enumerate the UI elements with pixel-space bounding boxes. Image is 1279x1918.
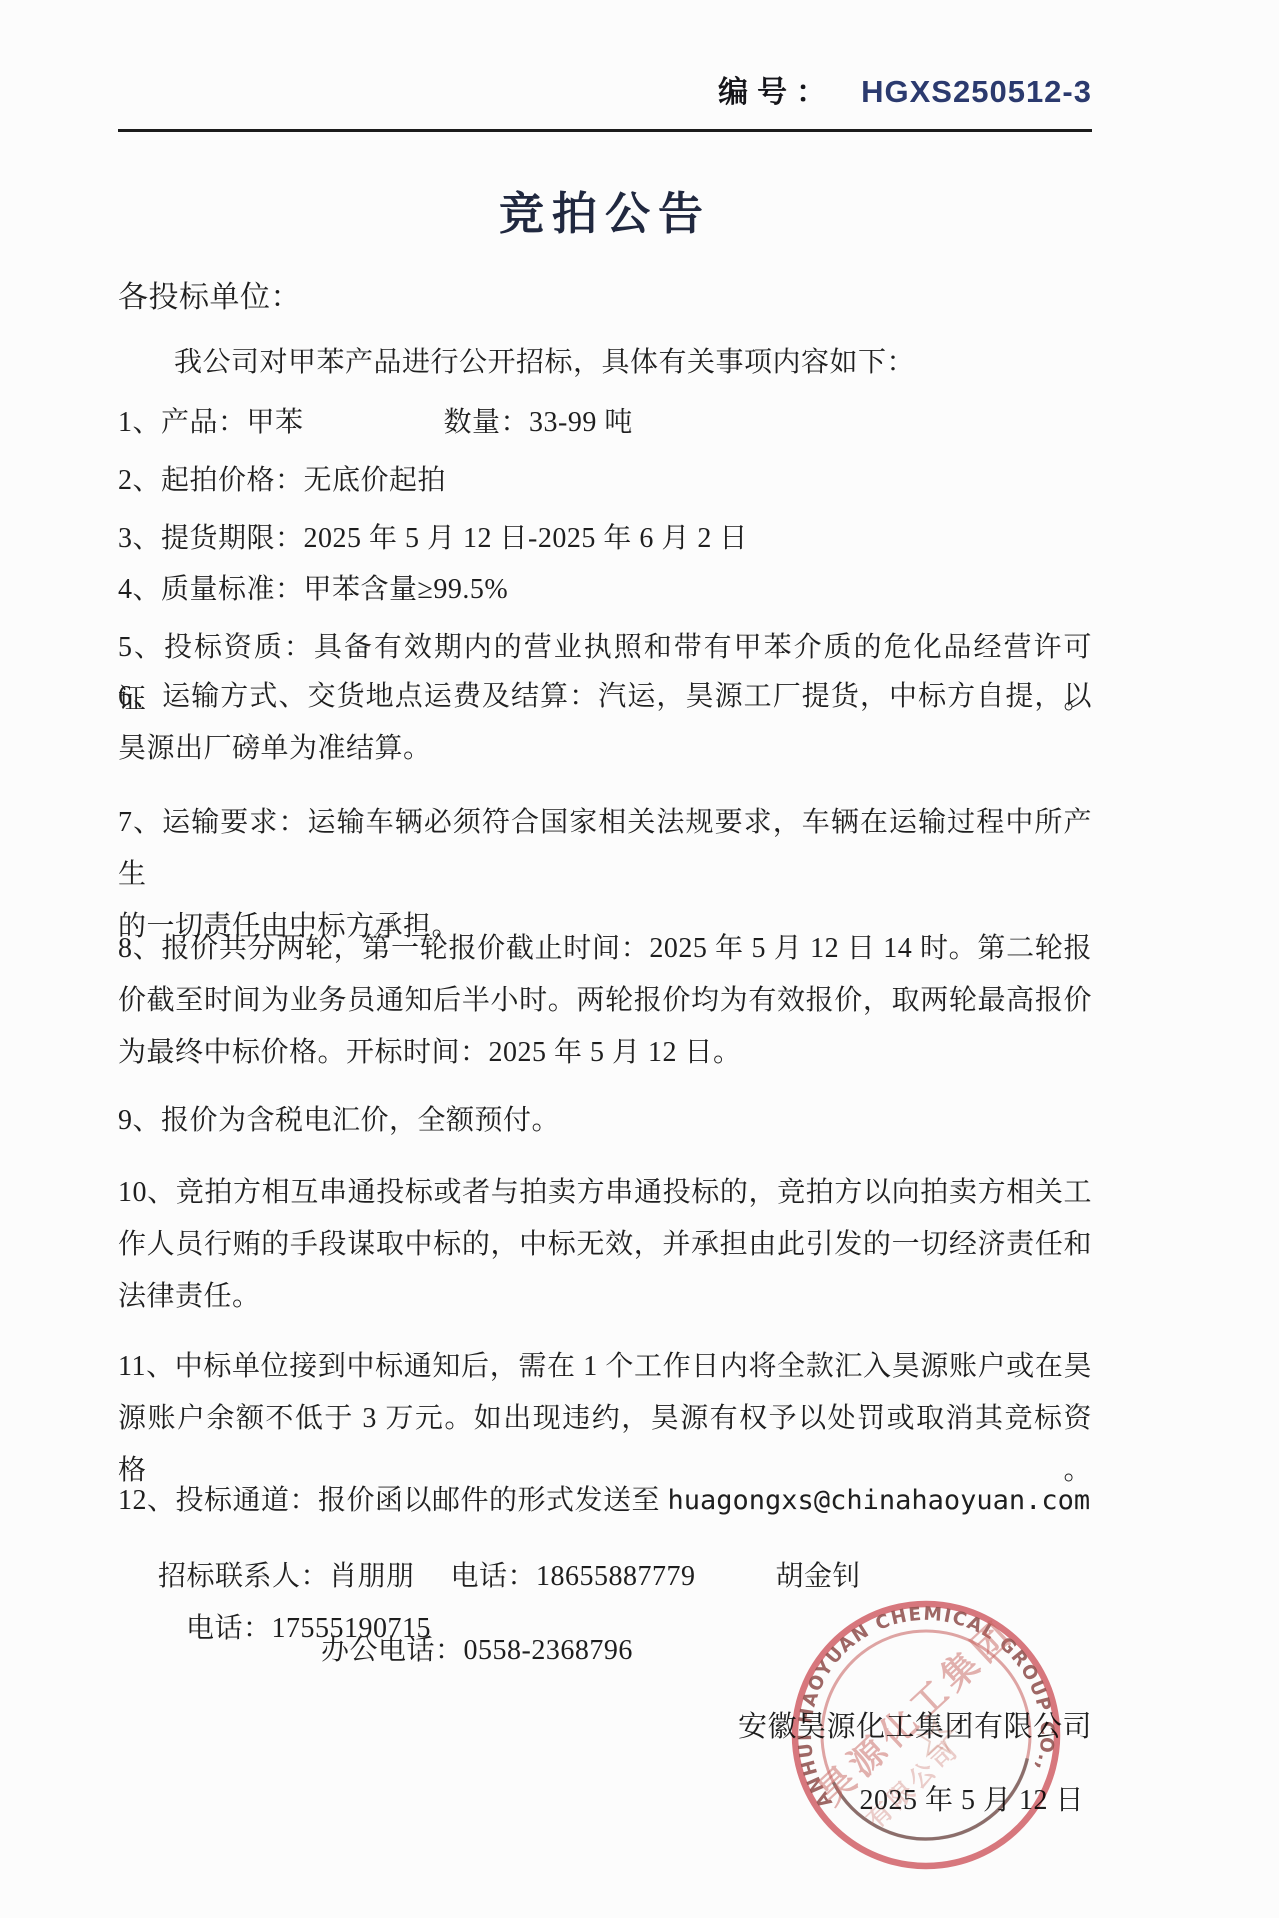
doc-number-value: HGXS250512-3 <box>861 70 1092 114</box>
item-line: 7、运输要求：运输车辆必须符合国家相关法规要求，车辆在运输过程中所产生 <box>118 797 1092 901</box>
contact-name-2: 胡金钊 <box>776 1551 862 1603</box>
item-12-text: 12、投标通道：报价函以邮件的形式发送至 <box>118 1485 668 1516</box>
doc-number-label: 编号： <box>718 76 835 109</box>
item-line: 8、报价共分两轮，第一轮报价截止时间：2025 年 5 月 12 日 14 时。… <box>118 923 1092 975</box>
item-line: 3、提货期限：2025 年 5 月 12 日-2025 年 6 月 2 日 <box>118 513 1092 565</box>
page-title: 竞拍公告 <box>118 183 1092 245</box>
item-line: 9、报价为含税电汇价，全额预付。 <box>118 1095 1092 1147</box>
contact-phone-1: 电话：18655887779 <box>451 1551 696 1603</box>
header-rule <box>118 129 1092 132</box>
company-seal-stamp: ANHUI HAOYUAN CHEMICAL GROUP CO., LTD. 昊… <box>768 1577 1084 1893</box>
list-item-8: 8、报价共分两轮，第一轮报价截止时间：2025 年 5 月 12 日 14 时。… <box>118 923 1092 1079</box>
list-item-9: 9、报价为含税电汇价，全额预付。 <box>118 1095 1092 1147</box>
item-1-quantity: 数量：33-99 吨 <box>444 397 633 449</box>
list-item-2: 2、起拍价格：无底价起拍 <box>118 455 1092 507</box>
salutation: 各投标单位： <box>118 272 1092 324</box>
item-line: 作人员行贿的手段谋取中标的，中标无效，并承担由此引发的一切经济责任和 <box>118 1219 1092 1271</box>
list-item-10: 10、竞拍方相互串通投标或者与拍卖方串通投标的，竞拍方以向拍卖方相关工 作人员行… <box>118 1167 1092 1323</box>
item-line: 4、质量标准：甲苯含量≥99.5% <box>118 564 1092 616</box>
list-item-1: 1、产品：甲苯数量：33-99 吨 <box>118 397 1092 449</box>
item-line: 11、中标单位接到中标通知后，需在 1 个工作日内将全款汇入昊源账户或在昊 <box>118 1341 1092 1393</box>
list-item-3: 3、提货期限：2025 年 5 月 12 日-2025 年 6 月 2 日 <box>118 513 1092 565</box>
item-line: 6、运输方式、交货地点运费及结算：汽运，昊源工厂提货，中标方自提，以 <box>118 671 1092 723</box>
list-item-6: 6、运输方式、交货地点运费及结算：汽运，昊源工厂提货，中标方自提，以 昊源出厂磅… <box>118 671 1092 775</box>
bid-email-address: huagongxs@chinahaoyuan.com <box>668 1485 1091 1516</box>
scanned-document-page: 编号：HGXS250512-3 竞拍公告 各投标单位： 我公司对甲苯产品进行公开… <box>0 0 1279 1918</box>
item-line: 昊源出厂磅单为准结算。 <box>118 723 1092 775</box>
item-line: 2、起拍价格：无底价起拍 <box>118 455 1092 507</box>
item-line: 10、竞拍方相互串通投标或者与拍卖方串通投标的，竞拍方以向拍卖方相关工 <box>118 1167 1092 1219</box>
contact-name-1: 招标联系人：肖朋朋 <box>158 1551 415 1603</box>
list-item-12: 12、投标通道：报价函以邮件的形式发送至 huagongxs@chinahaoy… <box>118 1475 1092 1527</box>
intro-paragraph: 我公司对甲苯产品进行公开招标，具体有关事项内容如下： <box>118 337 1092 389</box>
list-item-4: 4、质量标准：甲苯含量≥99.5% <box>118 564 1092 616</box>
item-line: 为最终中标价格。开标时间：2025 年 5 月 12 日。 <box>118 1027 1092 1079</box>
doc-number-row: 编号：HGXS250512-3 <box>118 70 1092 115</box>
item-1-product: 1、产品：甲苯 <box>118 407 304 438</box>
item-line: 法律责任。 <box>118 1271 1092 1323</box>
list-item-11: 11、中标单位接到中标通知后，需在 1 个工作日内将全款汇入昊源账户或在昊 源账… <box>118 1341 1092 1497</box>
item-line: 价截至时间为业务员通知后半小时。两轮报价均为有效报价，取两轮最高报价 <box>118 975 1092 1027</box>
